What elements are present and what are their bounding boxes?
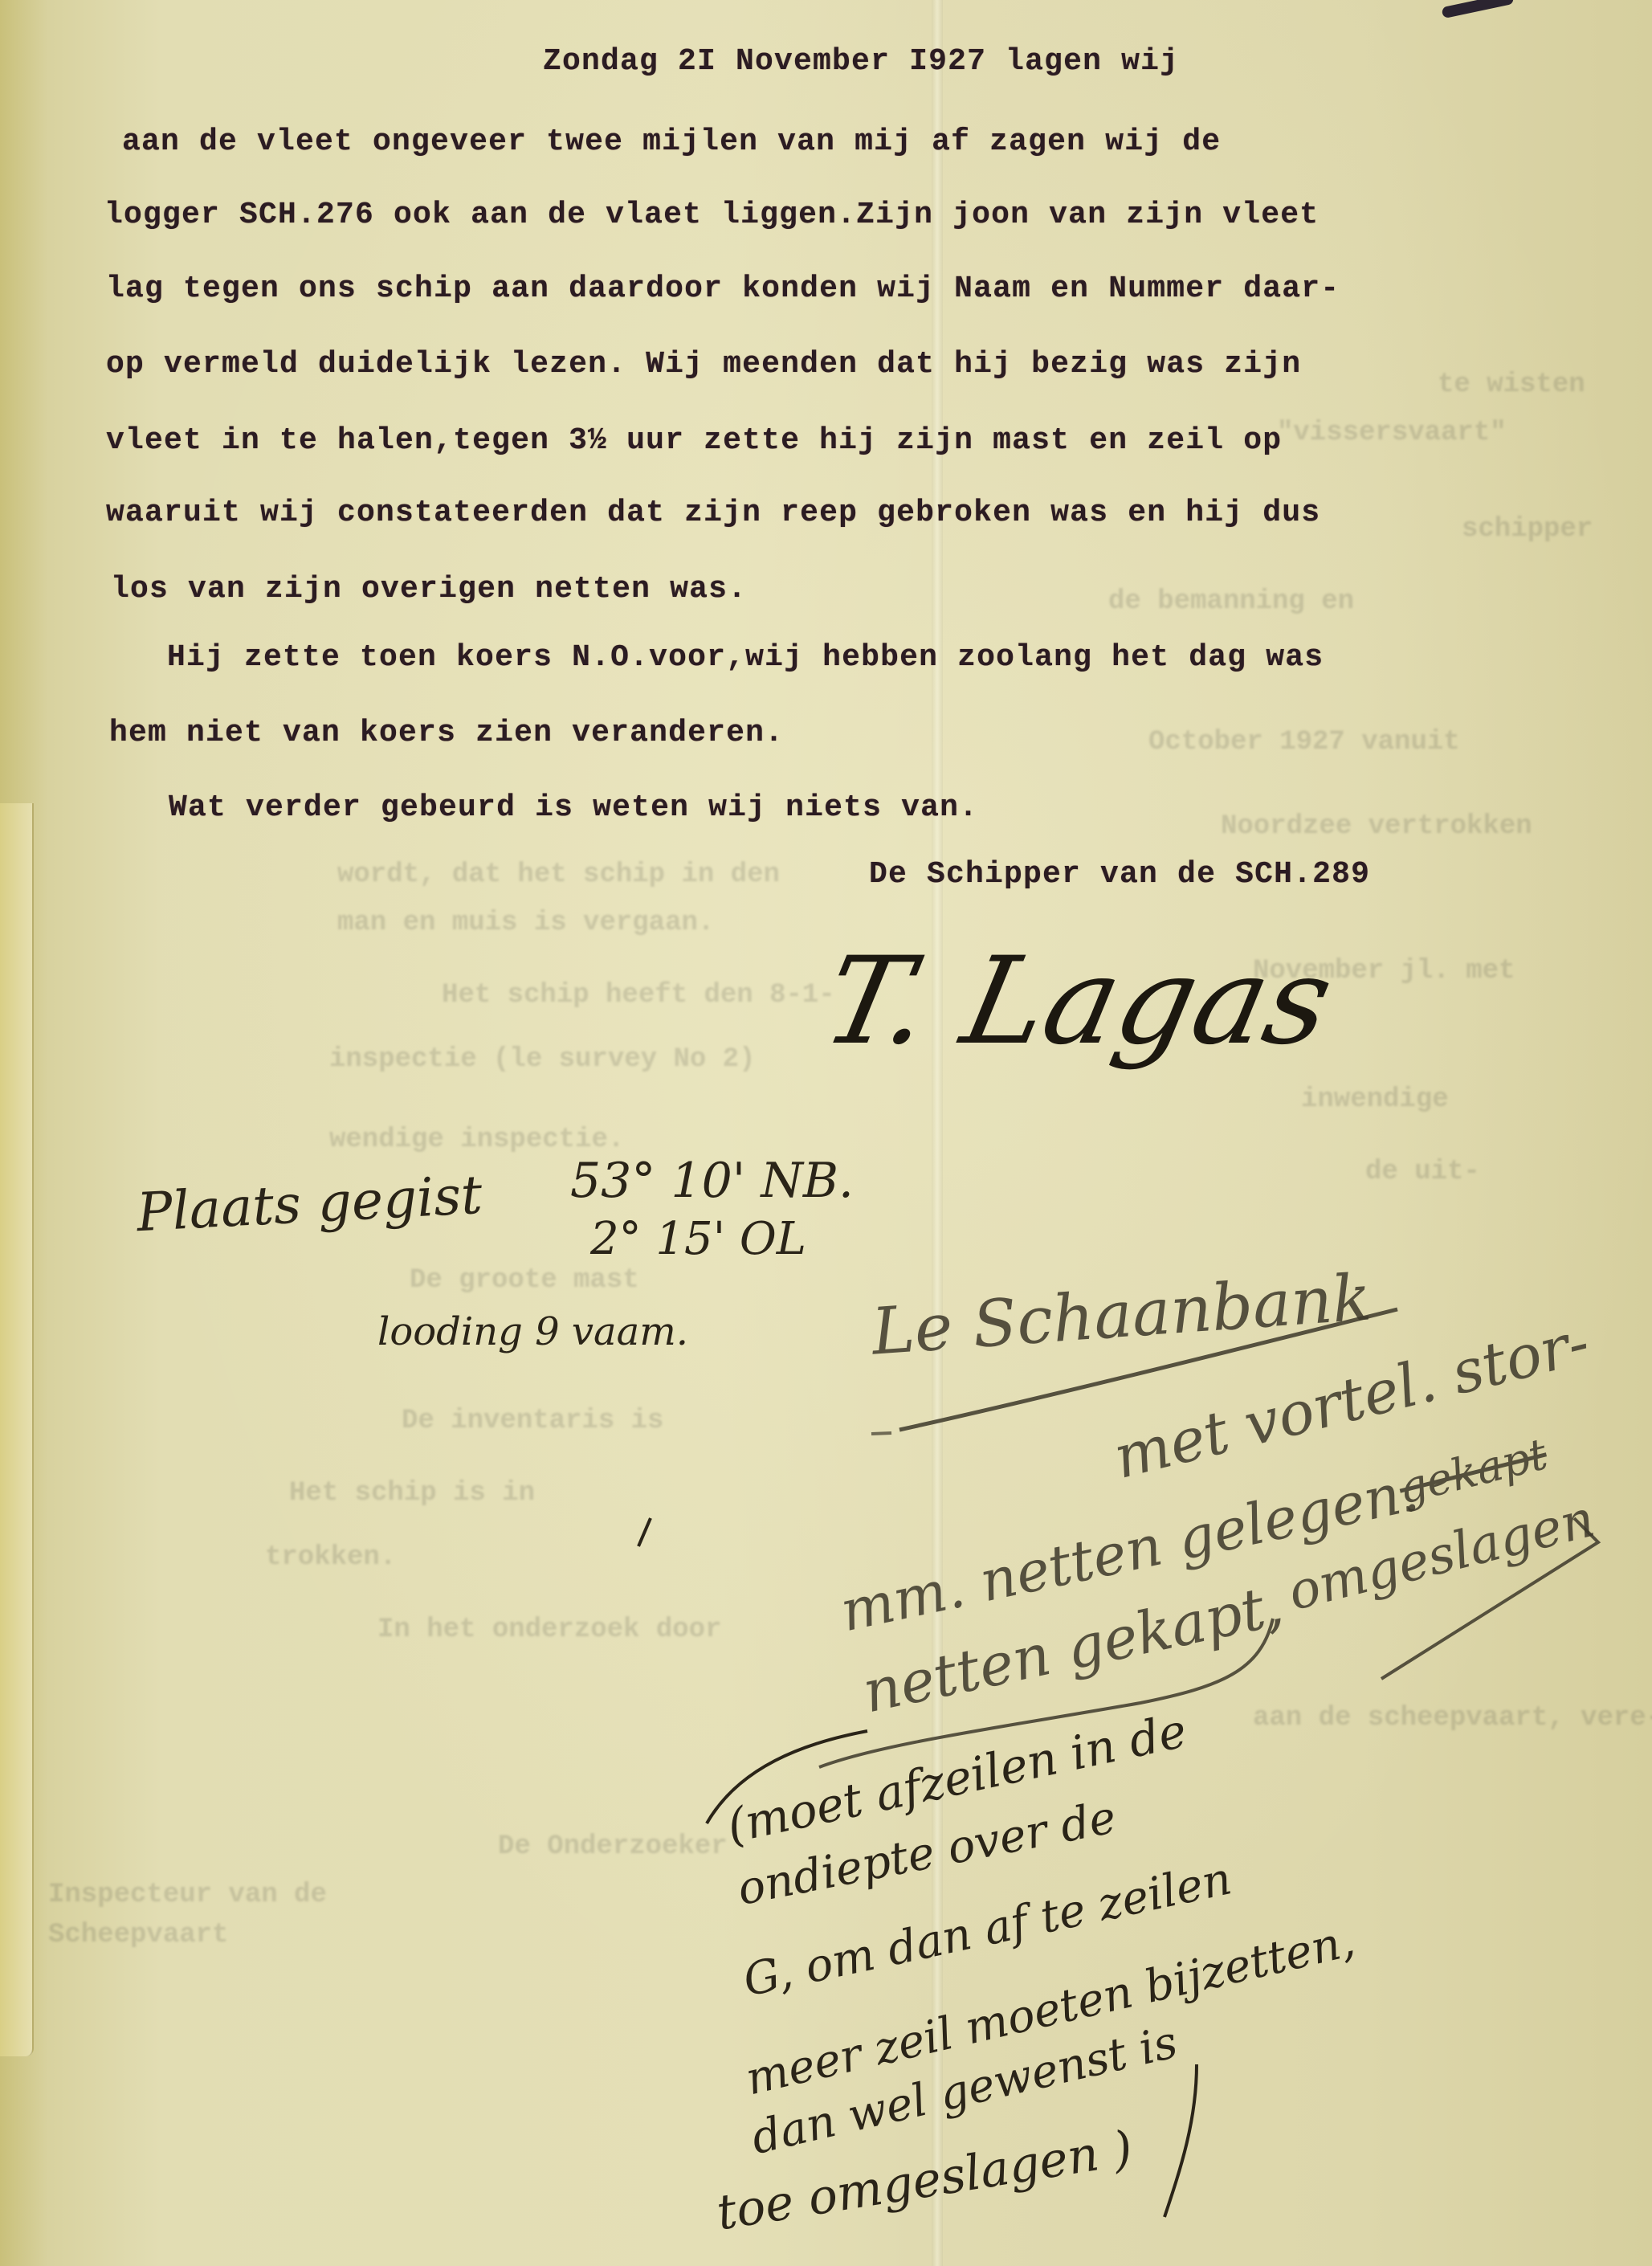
annotation-strokes xyxy=(0,0,1652,2266)
document-page: te wisten "vissersvaart" schipper de bem… xyxy=(0,0,1652,2266)
